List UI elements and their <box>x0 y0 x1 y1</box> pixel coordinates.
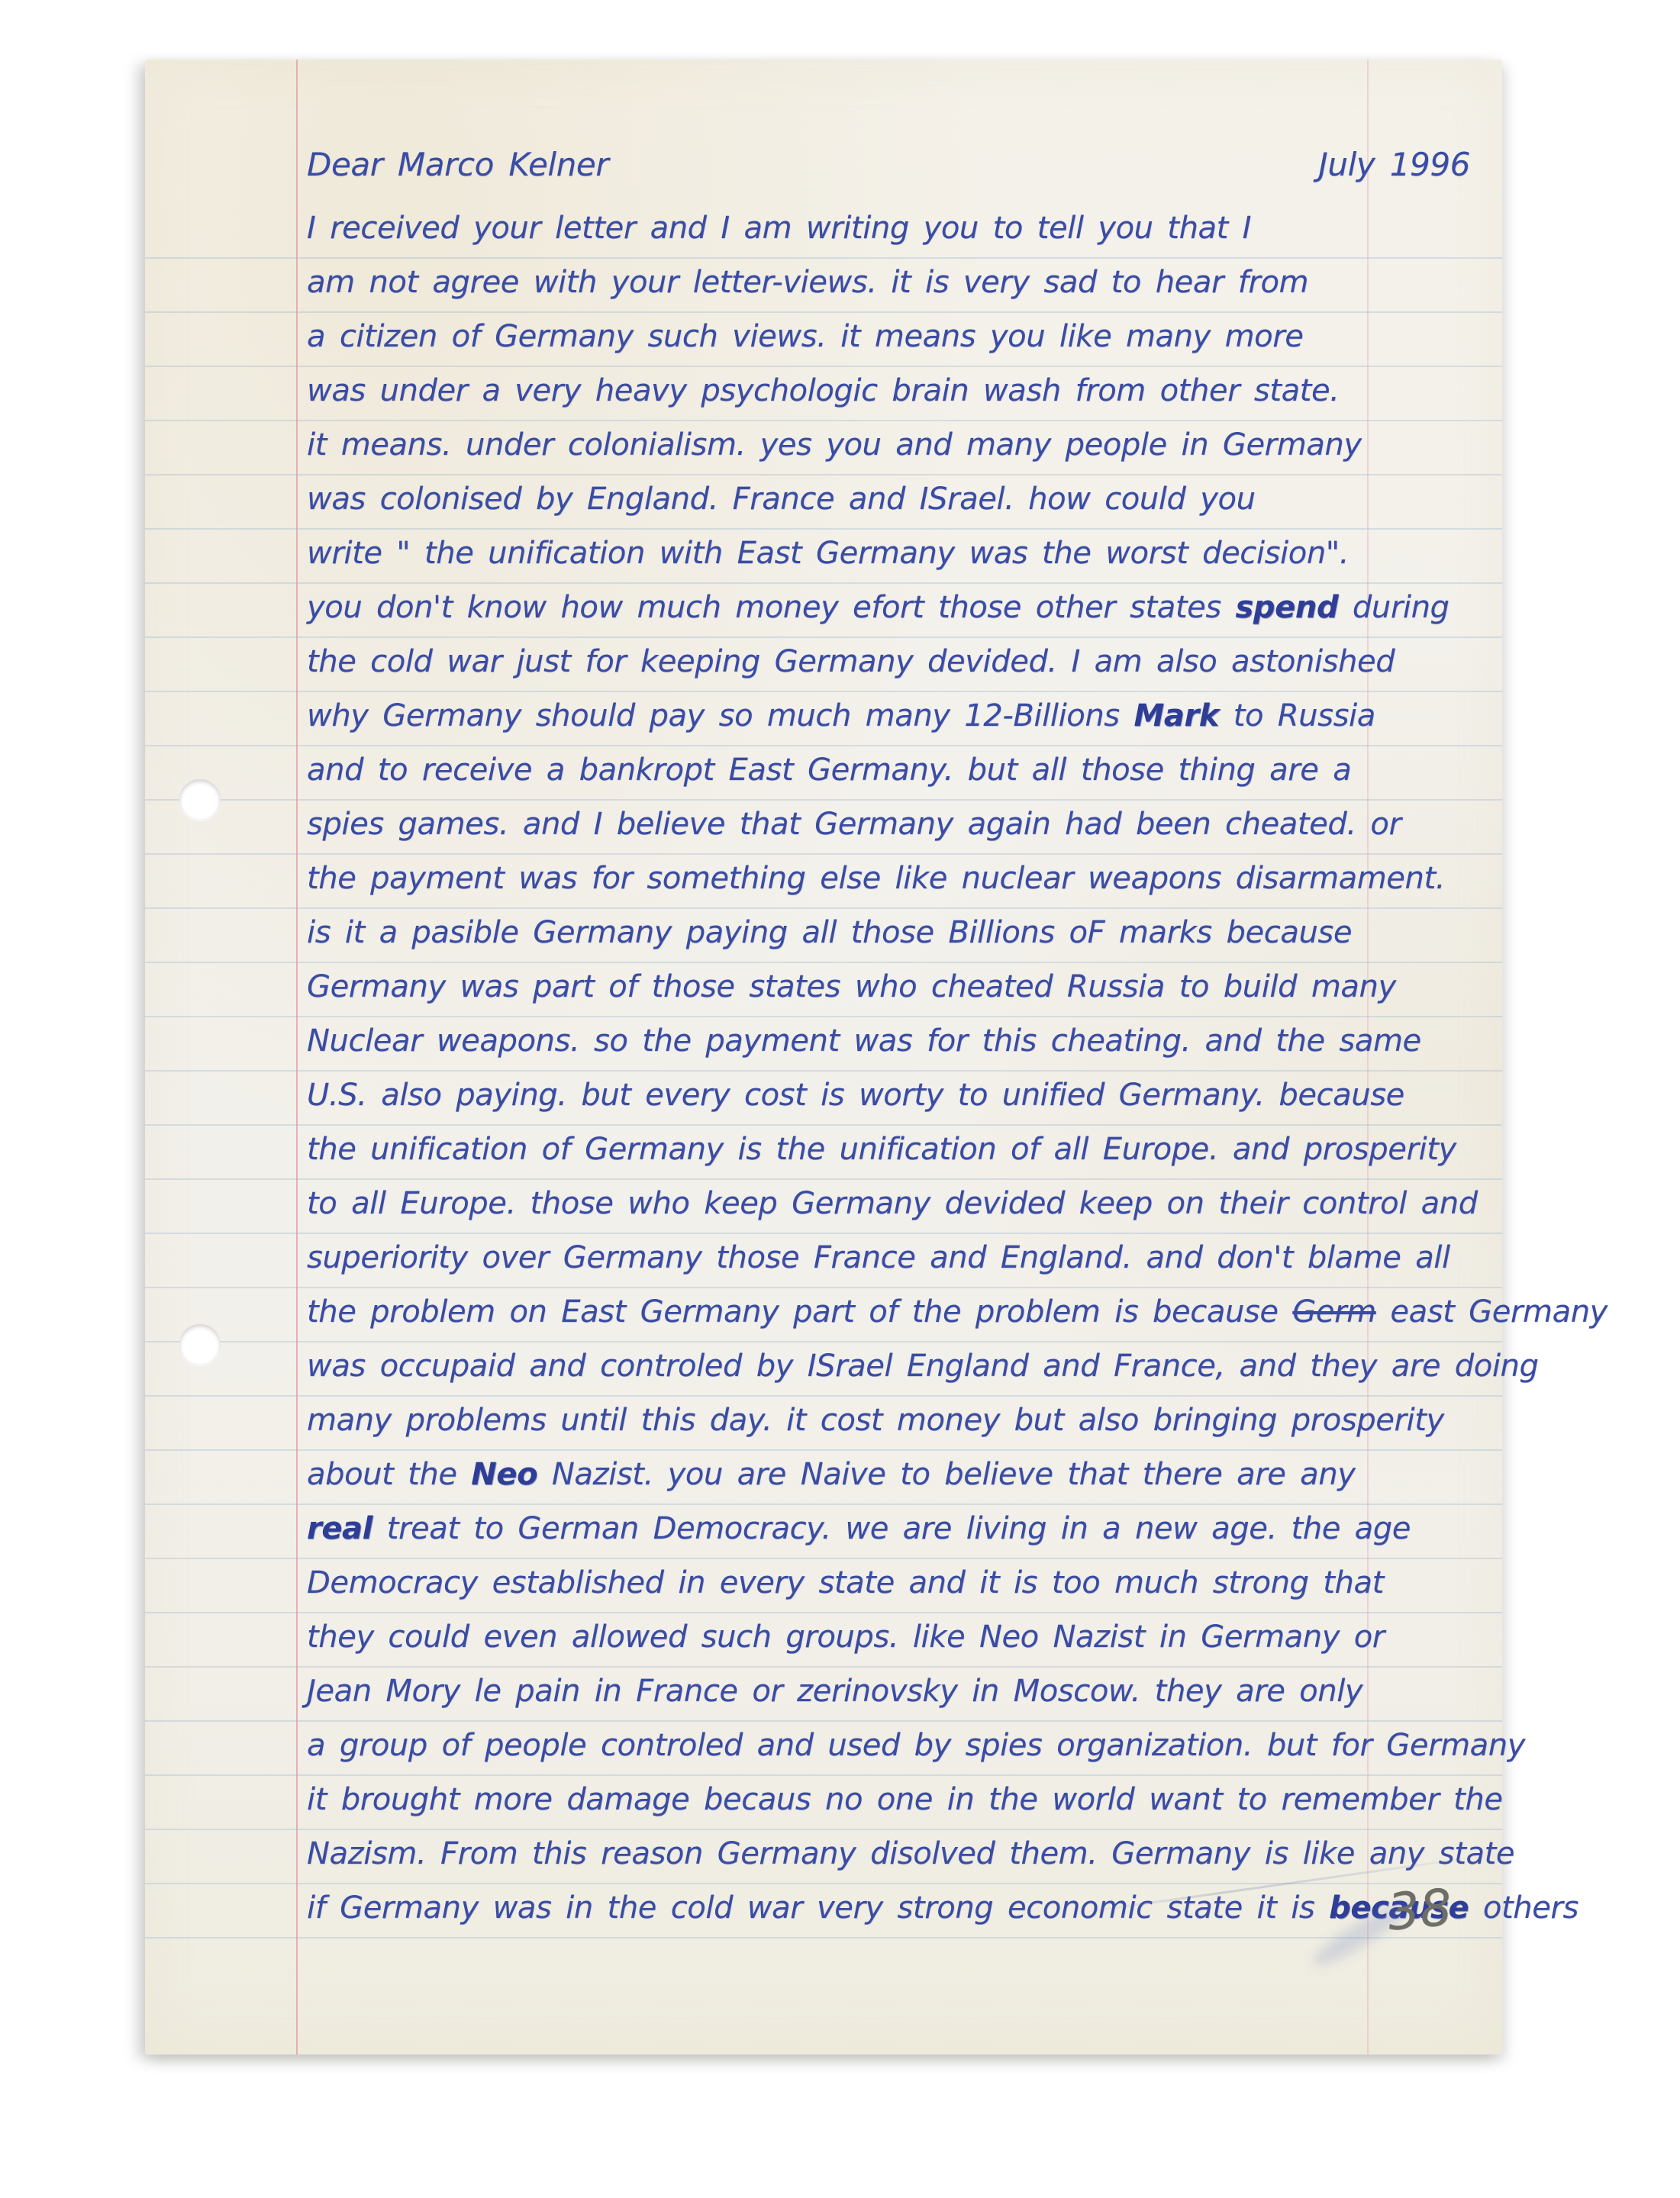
handwriting-text: the unification of Germany is the unific… <box>307 1132 1456 1167</box>
handwriting-text: others <box>1469 1890 1578 1926</box>
punch-hole-top <box>179 779 221 820</box>
left-margin-line <box>296 60 298 2055</box>
handwriting-text: was colonised by England. France and ISr… <box>307 482 1256 517</box>
handwriting-text: Germany was part of those states who che… <box>307 969 1396 1004</box>
handwriting-text: about the <box>307 1457 471 1492</box>
handwriting-text: if Germany was in the cold war very stro… <box>307 1890 1329 1926</box>
handwriting-line: many problems until this day. it cost mo… <box>307 1394 1482 1448</box>
handwriting-line: a group of people controled and used by … <box>307 1719 1482 1773</box>
handwriting-line: Germany was part of those states who che… <box>307 960 1482 1014</box>
overwritten-word: real <box>307 1511 372 1546</box>
handwriting-text: it brought more damage becaus no one in … <box>307 1782 1503 1817</box>
handwriting-text: Nuclear weapons. so the payment was for … <box>307 1023 1421 1059</box>
handwriting-line: I received your letter and I am writing … <box>307 201 1482 256</box>
handwriting-text: why Germany should pay so much many 12-B… <box>307 698 1133 733</box>
handwriting-line: it means. under colonialism. yes you and… <box>307 418 1482 472</box>
page-number: 38 <box>1385 1877 1454 1942</box>
handwriting-text: many problems until this day. it cost mo… <box>307 1403 1444 1438</box>
handwriting-text: write " the unification with East German… <box>307 536 1349 571</box>
handwriting-text: is it a pasible Germany paying all those… <box>307 915 1352 950</box>
handwriting-text: the cold war just for keeping Germany de… <box>307 644 1395 679</box>
handwriting-line: spies games. and I believe that Germany … <box>307 798 1482 852</box>
handwriting-line: was colonised by England. France and ISr… <box>307 472 1482 527</box>
handwriting-text: they could even allowed such groups. lik… <box>307 1619 1385 1655</box>
struck-word: Germ <box>1292 1294 1375 1329</box>
handwriting-line: Democracy established in every state and… <box>307 1556 1482 1610</box>
handwriting-text: and to receive a bankropt East Germany. … <box>307 753 1351 788</box>
punch-hole-bottom <box>179 1324 221 1365</box>
handwriting-text: was under a very heavy psychologic brain… <box>307 373 1340 408</box>
handwriting-line: was occupaid and controled by ISrael Eng… <box>307 1339 1482 1394</box>
handwriting-line: you don't know how much money efort thos… <box>307 581 1482 635</box>
handwriting-line: the problem on East Germany part of the … <box>307 1285 1482 1339</box>
handwriting-text: am not agree with your letter-views. it … <box>307 265 1308 300</box>
handwriting-text: spies games. and I believe that Germany … <box>307 807 1401 842</box>
handwriting-line: am not agree with your letter-views. it … <box>307 256 1482 310</box>
handwriting-line: write " the unification with East German… <box>307 527 1482 581</box>
handwriting-text: I received your letter and I am writing … <box>307 211 1251 246</box>
handwriting-line: why Germany should pay so much many 12-B… <box>307 689 1482 743</box>
handwriting-text: was occupaid and controled by ISrael Eng… <box>307 1349 1539 1384</box>
letter-date: July 1996 <box>1318 136 1482 194</box>
handwriting-text: treat to German Democracy. we are living… <box>372 1511 1411 1546</box>
handwriting-line: they could even allowed such groups. lik… <box>307 1610 1482 1665</box>
letter-body: I received your letter and I am writing … <box>307 201 1482 1935</box>
handwriting-text: superiority over Germany those France an… <box>307 1240 1450 1275</box>
handwriting-line: about the Neo Nazist. you are Naive to b… <box>307 1448 1482 1502</box>
overwritten-word: spend <box>1236 590 1339 625</box>
handwriting-text: the problem on East Germany part of the … <box>307 1294 1292 1329</box>
handwriting-text: Nazism. From this reason Germany disolve… <box>307 1836 1514 1871</box>
handwriting-line: was under a very heavy psychologic brain… <box>307 364 1482 418</box>
scan-background: { "document": { "kind": "handwritten let… <box>0 0 1680 2198</box>
overwritten-word: Mark <box>1133 698 1219 733</box>
overwritten-word: Neo <box>471 1457 537 1492</box>
salutation-text: Dear Marco Kelner <box>307 136 608 194</box>
handwriting-line: and to receive a bankropt East Germany. … <box>307 743 1482 798</box>
handwriting-text: Democracy established in every state and… <box>307 1565 1384 1600</box>
handwriting-line: the payment was for something else like … <box>307 852 1482 906</box>
handwriting-text: a citizen of Germany such views. it mean… <box>307 319 1304 354</box>
letter-paper: Dear Marco Kelner July 1996 I received y… <box>145 60 1502 2055</box>
handwriting-line: it brought more damage becaus no one in … <box>307 1773 1482 1827</box>
handwriting-line: superiority over Germany those France an… <box>307 1231 1482 1285</box>
handwriting-text: the payment was for something else like … <box>307 861 1445 896</box>
handwriting-line: to all Europe. those who keep Germany de… <box>307 1177 1482 1231</box>
handwriting-text: Nazist. you are Naive to believe that th… <box>537 1457 1355 1492</box>
handwriting-line: real treat to German Democracy. we are l… <box>307 1502 1482 1556</box>
handwriting-line: Nazism. From this reason Germany disolve… <box>307 1827 1482 1881</box>
handwriting-line: Jean Mory le pain in France or zerinovsk… <box>307 1665 1482 1719</box>
handwriting-line: the unification of Germany is the unific… <box>307 1123 1482 1177</box>
handwriting-text: U.S. also paying. but every cost is wort… <box>307 1078 1404 1113</box>
handwriting-text: during <box>1338 590 1449 625</box>
handwriting-text: east Germany <box>1376 1294 1607 1329</box>
letter-content: Dear Marco Kelner July 1996 I received y… <box>307 136 1482 1935</box>
handwriting-line: if Germany was in the cold war very stro… <box>307 1881 1482 1935</box>
handwriting-line: U.S. also paying. but every cost is wort… <box>307 1068 1482 1123</box>
handwriting-text: Jean Mory le pain in France or zerinovsk… <box>307 1674 1362 1709</box>
handwriting-line: a citizen of Germany such views. it mean… <box>307 310 1482 364</box>
handwriting-text: to all Europe. those who keep Germany de… <box>307 1186 1478 1221</box>
handwriting-line: is it a pasible Germany paying all those… <box>307 906 1482 960</box>
handwriting-text: a group of people controled and used by … <box>307 1728 1525 1763</box>
handwriting-line: Nuclear weapons. so the payment was for … <box>307 1014 1482 1068</box>
handwriting-text: you don't know how much money efort thos… <box>307 590 1236 625</box>
handwriting-text: it means. under colonialism. yes you and… <box>307 427 1362 462</box>
handwriting-text: to Russia <box>1219 698 1375 733</box>
letter-header: Dear Marco Kelner July 1996 <box>307 136 1482 194</box>
handwriting-line: the cold war just for keeping Germany de… <box>307 635 1482 689</box>
